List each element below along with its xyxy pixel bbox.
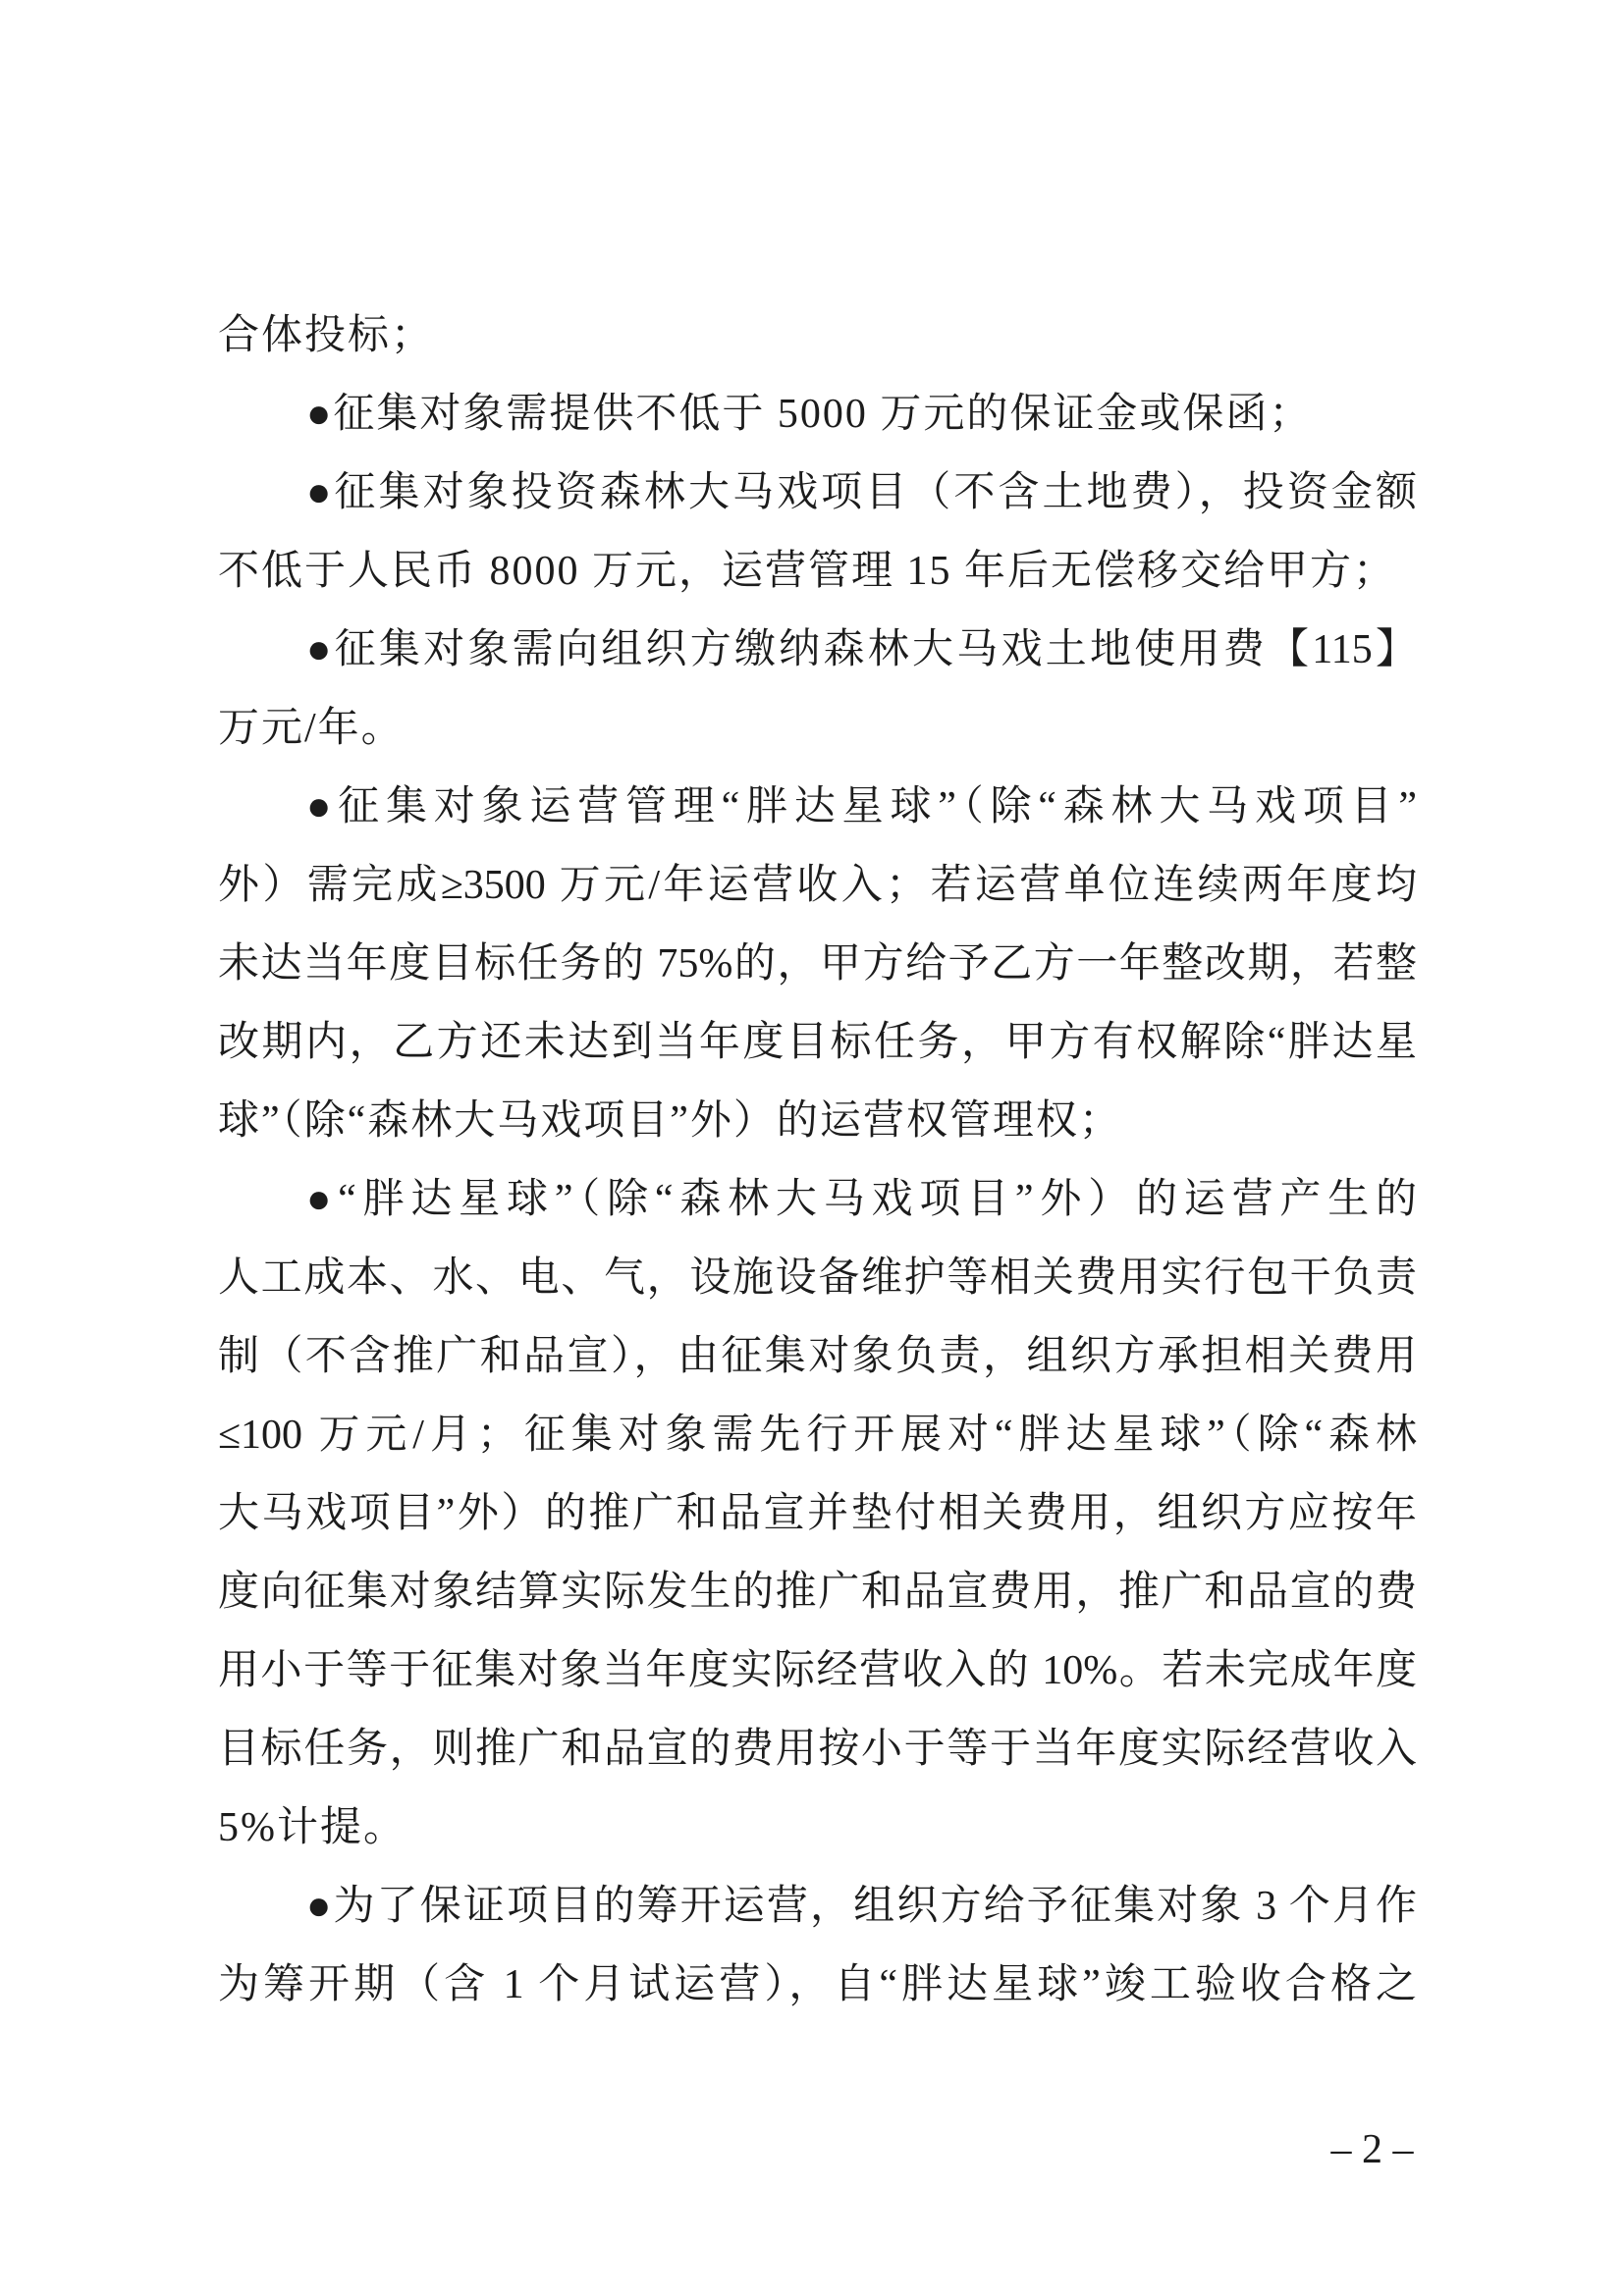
text-line: 不低于人民币 8000 万元，运营管理 15 年后无偿移交给甲方； <box>218 532 1417 611</box>
text-line: ●征集对象运营管理“胖达星球”（除“森林大马戏项目” <box>218 768 1417 846</box>
text-line: 度向征集对象结算实际发生的推广和品宣费用，推广和品宣的费 <box>218 1553 1417 1631</box>
text-line: 未达当年度目标任务的 75%的，甲方给予乙方一年整改期，若整 <box>218 925 1417 1003</box>
text-line: ●“胖达星球”（除“森林大马戏项目”外）的运营产生的 <box>218 1160 1417 1239</box>
text-line: ●征集对象投资森林大马戏项目（不含土地费），投资金额 <box>218 454 1417 532</box>
page-number: – 2 – <box>1316 2120 1429 2179</box>
text-line: 用小于等于征集对象当年度实际经营收入的 10%。若未完成年度 <box>218 1631 1417 1710</box>
text-line: 制（不含推广和品宣），由征集对象负责，组织方承担相关费用 <box>218 1317 1417 1396</box>
text-line: ●征集对象需向组织方缴纳森林大马戏土地使用费【115】 <box>218 611 1417 689</box>
document-body: 合体投标； ●征集对象需提供不低于 5000 万元的保证金或保函； ●征集对象投… <box>218 296 1417 2024</box>
text-line: 球”（除“森林大马戏项目”外）的运营权管理权； <box>218 1082 1417 1160</box>
text-line: 人工成本、水、电、气，设施设备维护等相关费用实行包干负责 <box>218 1239 1417 1317</box>
text-line: 万元/年。 <box>218 689 1417 768</box>
text-line: ●为了保证项目的筹开运营，组织方给予征集对象 3 个月作 <box>218 1867 1417 1946</box>
text-line: ●征集对象需提供不低于 5000 万元的保证金或保函； <box>218 375 1417 454</box>
text-line: 目标任务，则推广和品宣的费用按小于等于当年度实际经营收入 <box>218 1710 1417 1789</box>
text-line: 改期内，乙方还未达到当年度目标任务，甲方有权解除“胖达星 <box>218 1003 1417 1082</box>
text-line: 合体投标； <box>218 296 1417 375</box>
text-line: 大马戏项目”外）的推广和品宣并垫付相关费用，组织方应按年 <box>218 1474 1417 1553</box>
text-line: ≤100 万元/月；征集对象需先行开展对“胖达星球”（除“森林 <box>218 1396 1417 1474</box>
text-line: 5%计提。 <box>218 1789 1417 1867</box>
document-page: 合体投标； ●征集对象需提供不低于 5000 万元的保证金或保函； ●征集对象投… <box>0 0 1624 2296</box>
text-line: 为筹开期（含 1 个月试运营），自“胖达星球”竣工验收合格之 <box>218 1946 1417 2024</box>
text-line: 外）需完成≥3500 万元/年运营收入；若运营单位连续两年度均 <box>218 846 1417 925</box>
